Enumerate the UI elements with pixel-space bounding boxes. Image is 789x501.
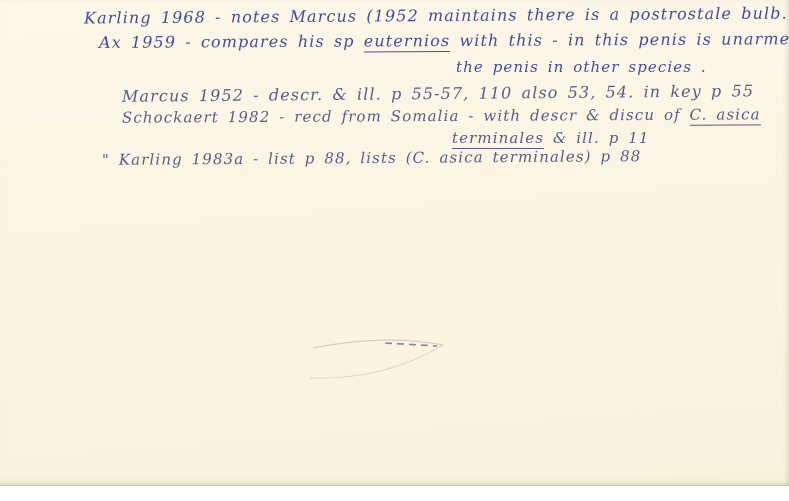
note-text: " Karling 1983a - list p 88, lists (C. a…: [102, 147, 641, 169]
note-text: the penis in other species .: [456, 58, 707, 76]
note-text: Marcus 1952 - descr. & ill. p 55-57, 110…: [122, 81, 754, 106]
scanned-card-page: Karling 1968 - notes Marcus (1952 mainta…: [0, 0, 789, 501]
note-text: & ill. p 11: [544, 129, 649, 147]
handwritten-line-6: terminales & ill. p 11: [452, 129, 650, 147]
note-text: with this - in this penis is unarmed.: [450, 29, 789, 50]
scanner-background: [0, 486, 789, 501]
underlined-species-word: C. asica: [690, 105, 761, 125]
underlined-species-word: euternios: [364, 31, 451, 52]
pencil-scribble-mark: [290, 330, 465, 390]
handwritten-line-2: Ax 1959 - compares his sp euternios with…: [99, 29, 789, 52]
handwritten-line-3: the penis in other species .: [456, 58, 707, 76]
underlined-species-word: terminales: [452, 129, 544, 149]
note-text: Schockaert 1982 - recd from Somalia - wi…: [122, 106, 690, 127]
index-card: Karling 1968 - notes Marcus (1952 mainta…: [0, 0, 789, 486]
handwritten-line-5: Schockaert 1982 - recd from Somalia - wi…: [122, 105, 761, 126]
handwritten-line-4: Marcus 1952 - descr. & ill. p 55-57, 110…: [122, 81, 754, 106]
handwritten-line-1: Karling 1968 - notes Marcus (1952 mainta…: [84, 4, 788, 28]
handwritten-line-7: " Karling 1983a - list p 88, lists (C. a…: [102, 147, 641, 169]
note-text: Ax 1959 - compares his sp: [99, 31, 364, 51]
note-text: Karling 1968 - notes Marcus (1952 mainta…: [84, 4, 788, 28]
